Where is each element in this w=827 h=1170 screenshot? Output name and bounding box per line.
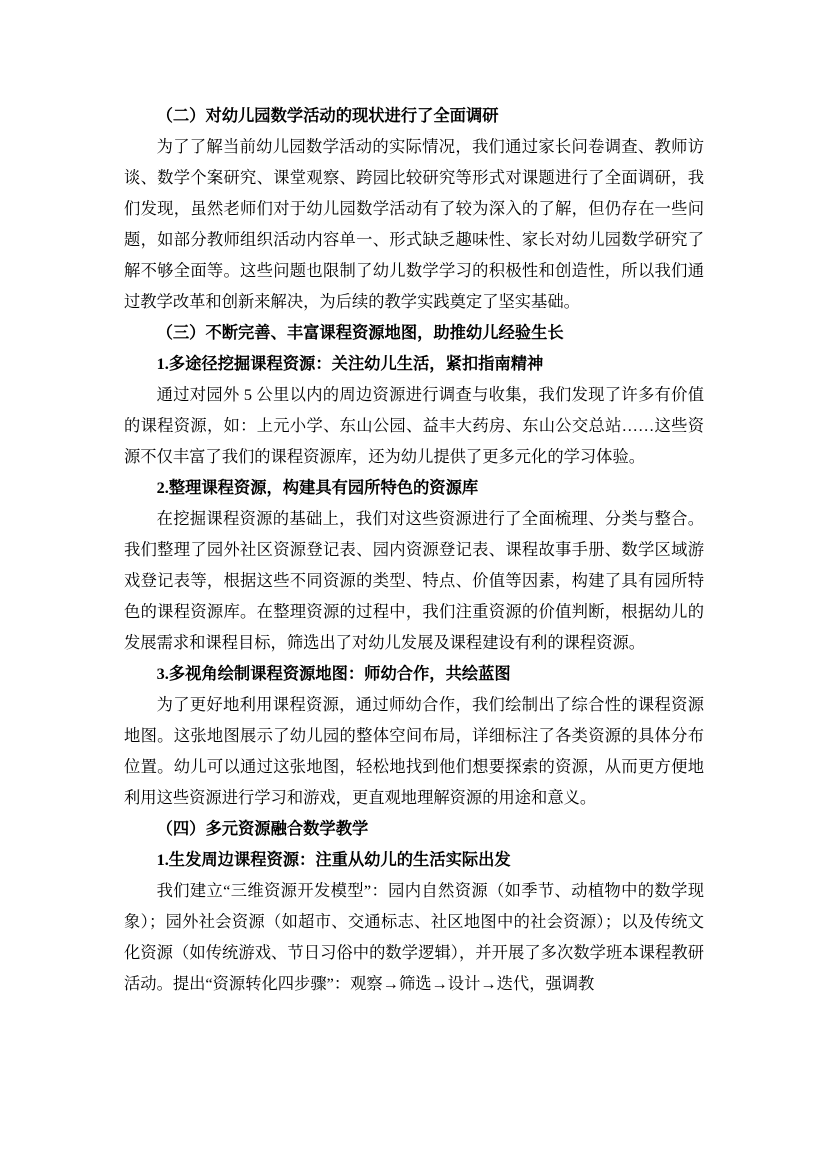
heading-section-3: （三）不断完善、丰富课程资源地图，助推幼儿经验生长 (124, 317, 704, 348)
paragraph-resource-library: 在挖掘课程资源的基础上，我们对这些资源进行了全面梳理、分类与整合。我们整理了园外… (124, 503, 704, 658)
heading-section-4: （四）多元资源融合数学教学 (124, 813, 704, 844)
heading-section-2: （二）对幼儿园数学活动的现状进行了全面调研 (124, 100, 704, 131)
document-page: （二）对幼儿园数学活动的现状进行了全面调研 为了了解当前幼儿园数学活动的实际情况… (0, 0, 827, 1170)
subheading-4-1-local-resources: 1.生发周边课程资源：注重从幼儿的生活实际出发 (124, 844, 704, 875)
subheading-3-1-resource-mining: 1.多途径挖掘课程资源：关注幼儿生活，紧扣指南精神 (124, 348, 704, 379)
paragraph-resource-discovery: 通过对园外 5 公里以内的周边资源进行调查与收集，我们发现了许多有价值的课程资源… (124, 379, 704, 472)
subheading-3-3-resource-map: 3.多视角绘制课程资源地图：师幼合作，共绘蓝图 (124, 658, 704, 689)
paragraph-resource-map-usage: 为了更好地利用课程资源，通过师幼合作，我们绘制出了综合性的课程资源地图。这张地图… (124, 689, 704, 813)
subheading-3-2-resource-organizing: 2.整理课程资源，构建具有园所特色的资源库 (124, 472, 704, 503)
paragraph-survey-findings: 为了了解当前幼儿园数学活动的实际情况，我们通过家长问卷调查、教师访谈、数学个案研… (124, 131, 704, 317)
document-text-area: （二）对幼儿园数学活动的现状进行了全面调研 为了了解当前幼儿园数学活动的实际情况… (124, 100, 704, 999)
paragraph-resource-model: 我们建立“三维资源开发模型”：园内自然资源（如季节、动植物中的数学现象）；园外社… (124, 875, 704, 999)
